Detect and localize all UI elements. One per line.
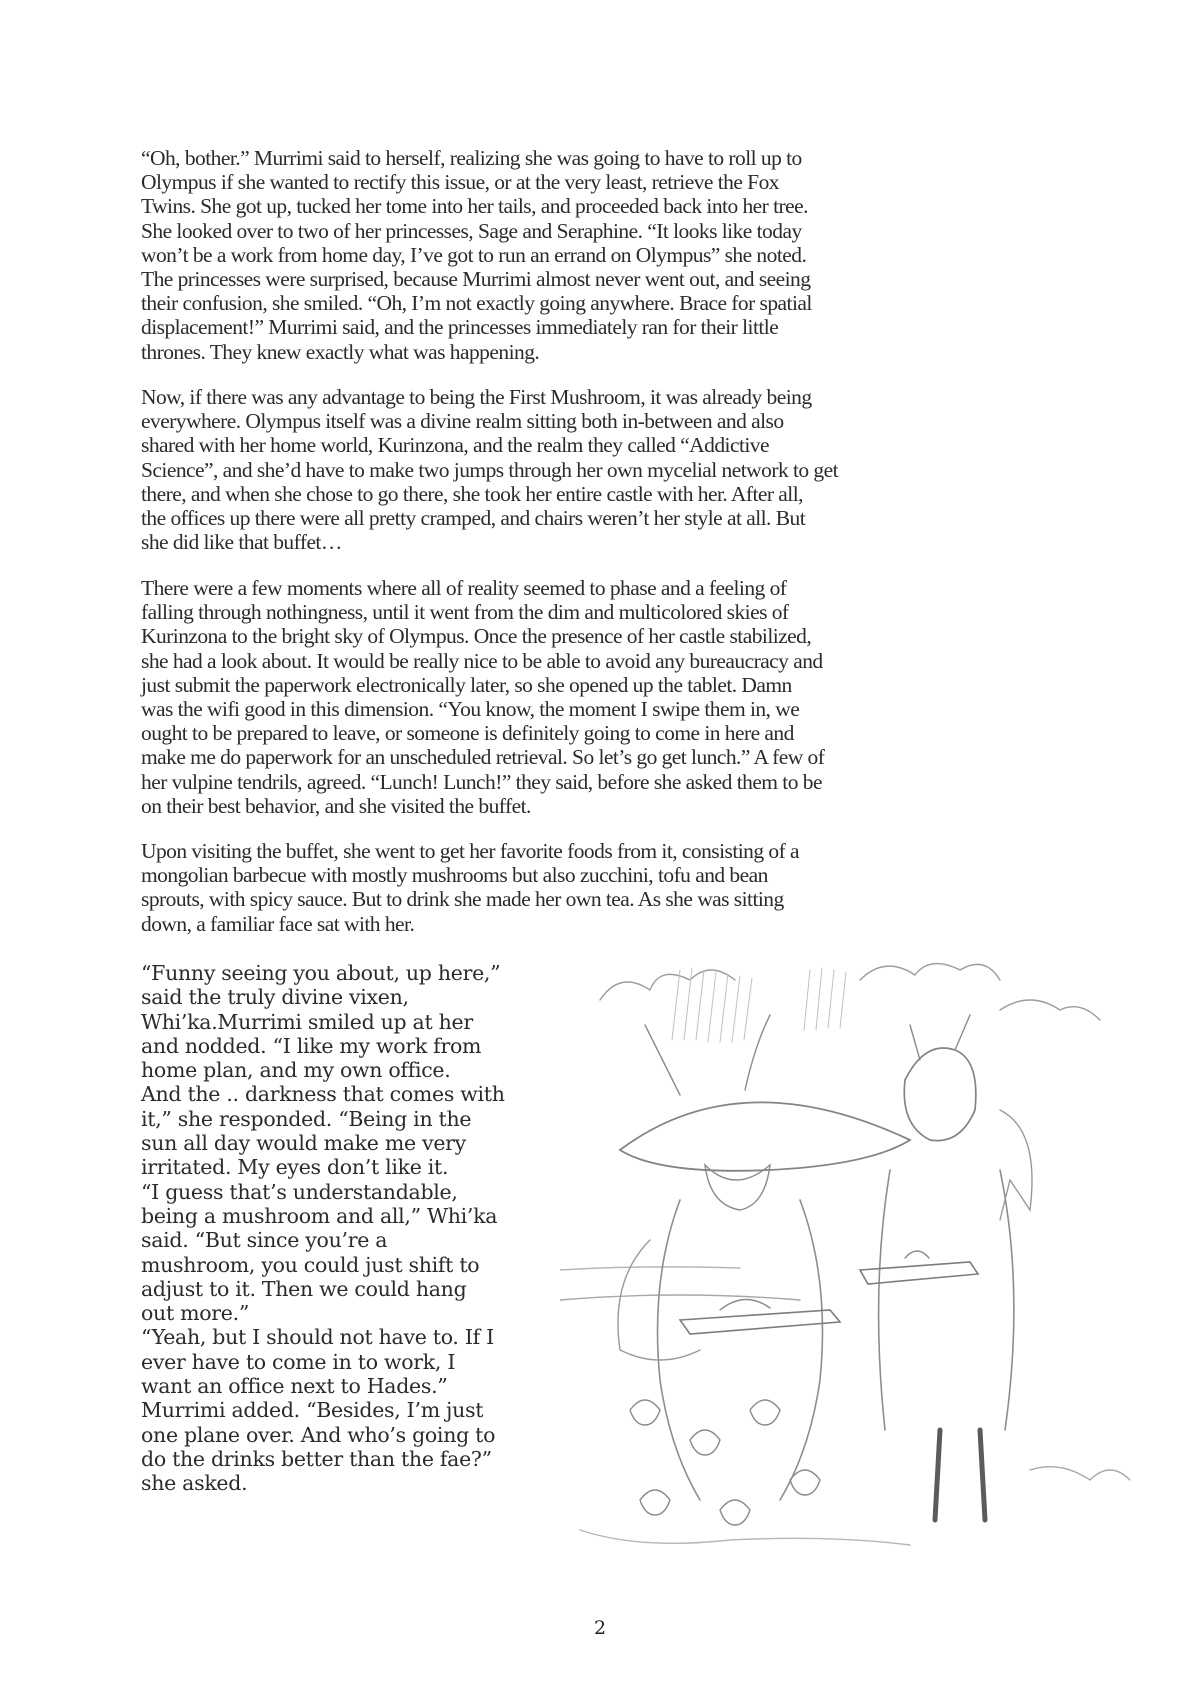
text-line: Now, if there was any advantage to being… xyxy=(141,385,1076,409)
text-line: there, and when she chose to go there, s… xyxy=(141,482,1076,506)
text-line: mushroom, you could just shift to xyxy=(141,1253,526,1277)
text-line: And the .. darkness that comes with xyxy=(141,1082,526,1106)
text-line: everywhere. Olympus itself was a divine … xyxy=(141,409,1076,433)
text-line: out more.” xyxy=(141,1301,526,1325)
text-line: do the drinks better than the fae?” xyxy=(141,1447,526,1471)
paragraph-3: There were a few moments where all of re… xyxy=(141,576,1076,818)
text-line: “Oh, bother.” Murrimi said to herself, r… xyxy=(141,146,1076,170)
text-line: Whi’ka.Murrimi smiled up at her xyxy=(141,1010,526,1034)
text-line: ought to be prepared to leave, or someon… xyxy=(141,721,1076,745)
text-line: irritated. My eyes don’t like it. xyxy=(141,1155,526,1179)
document-page: “Oh, bother.” Murrimi said to herself, r… xyxy=(0,0,1200,1696)
text-line: it,” she responded. “Being in the xyxy=(141,1107,526,1131)
paragraph-1: “Oh, bother.” Murrimi said to herself, r… xyxy=(141,146,1076,364)
paragraph-2: Now, if there was any advantage to being… xyxy=(141,385,1076,554)
text-line: one plane over. And who’s going to xyxy=(141,1423,526,1447)
text-line: displacement!” Murrimi said, and the pri… xyxy=(141,315,1076,339)
text-line: she did like that buffet… xyxy=(141,530,1076,554)
text-line: adjust to it. Then we could hang xyxy=(141,1277,526,1301)
text-line: falling through nothingness, until it we… xyxy=(141,600,1076,624)
text-line: on their best behavior, and she visited … xyxy=(141,794,1076,818)
text-line: She looked over to two of her princesses… xyxy=(141,219,1076,243)
text-line: Murrimi added. “Besides, I’m just xyxy=(141,1398,526,1422)
text-line: thrones. They knew exactly what was happ… xyxy=(141,340,1076,364)
text-line: her vulpine tendrils, agreed. “Lunch! Lu… xyxy=(141,770,1076,794)
text-line: Twins. She got up, tucked her tome into … xyxy=(141,194,1076,218)
text-line: ever have to come in to work, I xyxy=(141,1350,526,1374)
text-line: she asked. xyxy=(141,1471,526,1495)
text-line: “Yeah, but I should not have to. If I xyxy=(141,1325,526,1349)
text-line: sprouts, with spicy sauce. But to drink … xyxy=(141,887,1076,911)
text-line: sun all day would make me very xyxy=(141,1131,526,1155)
text-line: just submit the paperwork electronically… xyxy=(141,673,1076,697)
text-line: down, a familiar face sat with her. xyxy=(141,912,1076,936)
text-line: want an office next to Hades.” xyxy=(141,1374,526,1398)
text-line: won’t be a work from home day, I’ve got … xyxy=(141,243,1076,267)
text-line: the offices up there were all pretty cra… xyxy=(141,506,1076,530)
pencil-illustration xyxy=(560,940,1140,1560)
text-line: Upon visiting the buffet, she went to ge… xyxy=(141,839,1076,863)
text-line: their confusion, she smiled. “Oh, I’m no… xyxy=(141,291,1076,315)
text-line: make me do paperwork for an unscheduled … xyxy=(141,745,1076,769)
text-line: There were a few moments where all of re… xyxy=(141,576,1076,600)
text-line: and nodded. “I like my work from xyxy=(141,1034,526,1058)
text-line: said the truly divine vixen, xyxy=(141,985,526,1009)
page-number: 2 xyxy=(0,1617,1200,1639)
text-line: home plan, and my own office. xyxy=(141,1058,526,1082)
text-line: Olympus if she wanted to rectify this is… xyxy=(141,170,1076,194)
text-line: shared with her home world, Kurinzona, a… xyxy=(141,433,1076,457)
text-line: “I guess that’s understandable, xyxy=(141,1180,526,1204)
text-line: mongolian barbecue with mostly mushrooms… xyxy=(141,863,1076,887)
text-line: was the wifi good in this dimension. “Yo… xyxy=(141,697,1076,721)
illustration-sketch xyxy=(560,940,1140,1560)
paragraph-4: Upon visiting the buffet, she went to ge… xyxy=(141,839,1076,936)
text-line: being a mushroom and all,” Whi’ka xyxy=(141,1204,526,1228)
text-line: said. “But since you’re a xyxy=(141,1228,526,1252)
text-line: The princesses were surprised, because M… xyxy=(141,267,1076,291)
text-line: Science”, and she’d have to make two jum… xyxy=(141,458,1076,482)
text-line: she had a look about. It would be really… xyxy=(141,649,1076,673)
text-line: Kurinzona to the bright sky of Olympus. … xyxy=(141,624,1076,648)
dialogue-column: “Funny seeing you about, up here,” said … xyxy=(141,961,526,1496)
text-line: “Funny seeing you about, up here,” xyxy=(141,961,526,985)
